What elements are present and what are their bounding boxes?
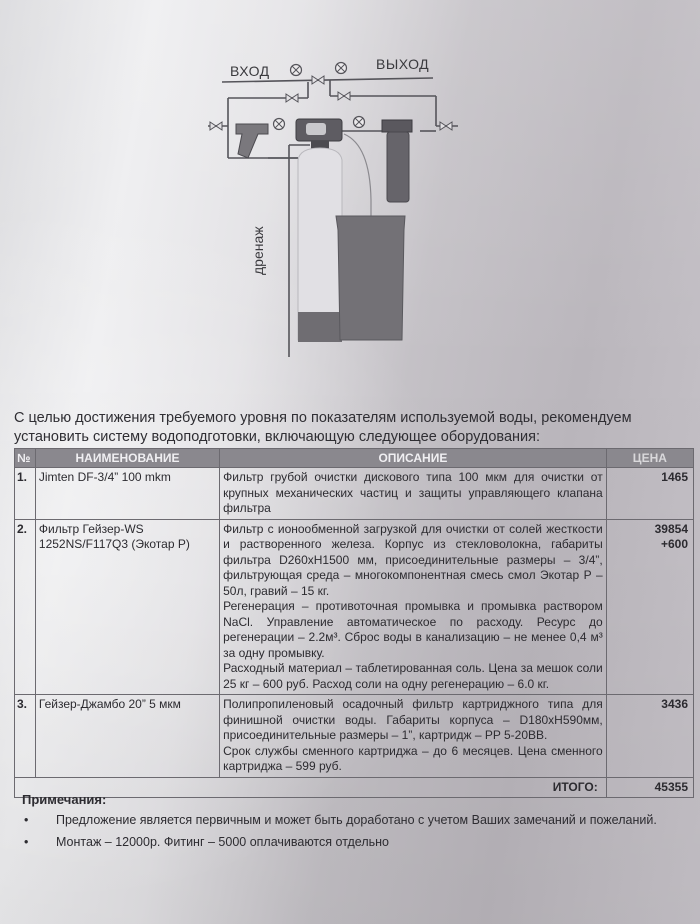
price-value: 1465 — [610, 470, 688, 486]
intro-paragraph: С целью достижения требуемого уровня по … — [14, 409, 694, 447]
row-name: Гейзер-Джамбо 20” 5 мкм — [35, 695, 219, 778]
description-paragraph: Расходный материал – таблетированная сол… — [223, 661, 603, 692]
note-item: •Предложение является первичным и может … — [22, 813, 682, 827]
bullet-icon: • — [24, 813, 28, 827]
water-treatment-diagram: ВХОД ВЫХОД дренаж — [200, 40, 480, 370]
notes-title: Примечания: — [22, 792, 682, 807]
notes-list: •Предложение является первичным и может … — [22, 813, 682, 849]
price-value: 39854 — [610, 522, 688, 538]
header-description: ОПИСАНИЕ — [220, 449, 607, 468]
description-paragraph: Срок службы сменного картриджа – до 6 ме… — [223, 744, 603, 775]
row-price: 39854+600 — [606, 519, 693, 695]
row-name: Фильтр Гейзер-WS 1252NS/F117Q3 (Экотар Р… — [35, 519, 219, 695]
row-number: 3. — [15, 695, 36, 778]
description-paragraph: Регенерация – противоточная промывка и п… — [223, 599, 603, 661]
notes-section: Примечания: •Предложение является первич… — [22, 792, 682, 857]
row-description: Полипропиленовый осадочный фильтр картри… — [220, 695, 607, 778]
description-paragraph: Фильтр грубой очистки дискового типа 100… — [223, 470, 603, 517]
table-row: 2.Фильтр Гейзер-WS 1252NS/F117Q3 (Экотар… — [15, 519, 694, 695]
note-text: Монтаж – 12000р. Фитинг – 5000 оплачиваю… — [56, 835, 389, 849]
price-value: 3436 — [610, 697, 688, 713]
description-paragraph: Фильтр с ионообменной загрузкой для очис… — [223, 522, 603, 600]
equipment-table: № НАИМЕНОВАНИЕ ОПИСАНИЕ ЦЕНА 1.Jimten DF… — [14, 448, 694, 798]
row-description: Фильтр грубой очистки дискового типа 100… — [220, 468, 607, 520]
piping-schematic — [200, 40, 480, 370]
note-item: •Монтаж – 12000р. Фитинг – 5000 оплачива… — [22, 835, 682, 849]
inlet-label: ВХОД — [230, 63, 270, 79]
bullet-icon: • — [24, 835, 28, 849]
table-body: 1.Jimten DF-3/4” 100 mkmФильтр грубой оч… — [15, 468, 694, 778]
note-text: Предложение является первичным и может б… — [56, 813, 657, 827]
row-name: Jimten DF-3/4” 100 mkm — [35, 468, 219, 520]
header-no: № — [15, 449, 36, 468]
row-price: 3436 — [606, 695, 693, 778]
row-number: 2. — [15, 519, 36, 695]
table-row: 3.Гейзер-Джамбо 20” 5 мкмПолипропиленовы… — [15, 695, 694, 778]
row-price: 1465 — [606, 468, 693, 520]
description-paragraph: Полипропиленовый осадочный фильтр картри… — [223, 697, 603, 744]
outlet-label: ВЫХОД — [376, 56, 429, 72]
row-description: Фильтр с ионообменной загрузкой для очис… — [220, 519, 607, 695]
row-number: 1. — [15, 468, 36, 520]
price-extra: +600 — [610, 537, 688, 553]
table-row: 1.Jimten DF-3/4” 100 mkmФильтр грубой оч… — [15, 468, 694, 520]
drain-label: дренаж — [250, 226, 266, 275]
header-name: НАИМЕНОВАНИЕ — [35, 449, 219, 468]
header-price: ЦЕНА — [606, 449, 693, 468]
table-header-row: № НАИМЕНОВАНИЕ ОПИСАНИЕ ЦЕНА — [15, 449, 694, 468]
